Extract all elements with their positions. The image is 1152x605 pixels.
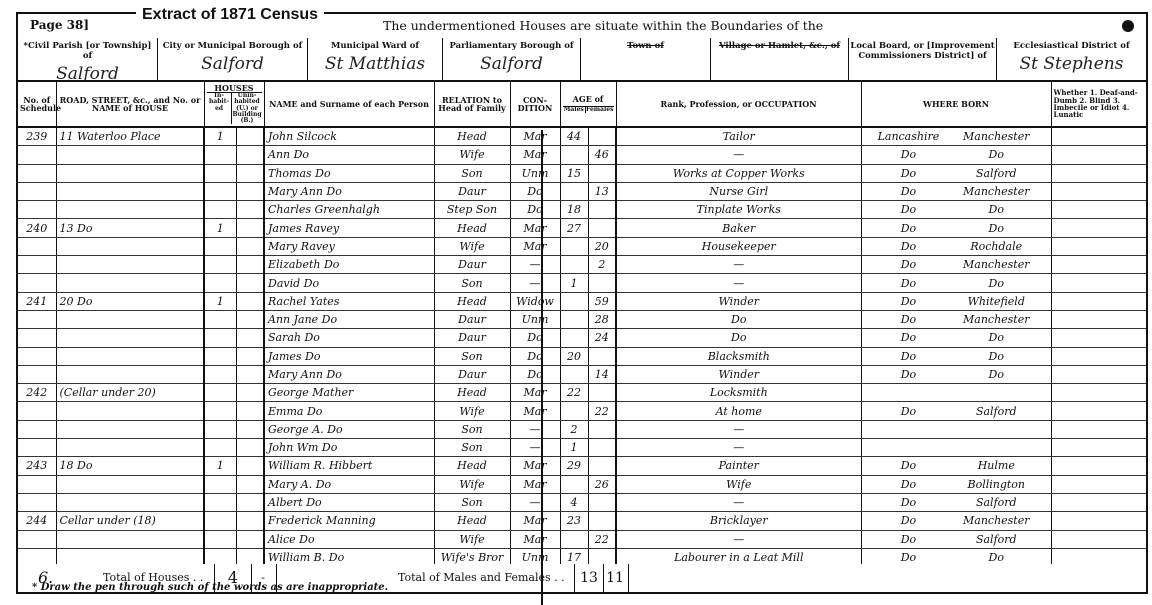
area-field: *Civil Parish [or Township] ofSalford bbox=[18, 38, 158, 80]
born-place: Manchester bbox=[952, 185, 1040, 198]
address-cell: 20 Do bbox=[56, 292, 204, 310]
born-place: Rochdale bbox=[952, 240, 1040, 253]
infirmity-cell bbox=[1051, 329, 1146, 347]
condition-cell: Mar bbox=[510, 457, 560, 475]
area-field-label: Parliamentary Borough of bbox=[443, 38, 580, 51]
inhabited-cell bbox=[204, 201, 236, 219]
male-age-cell: 18 bbox=[560, 201, 588, 219]
area-field: Parliamentary Borough ofSalford bbox=[443, 38, 581, 80]
schedule-cell bbox=[18, 420, 56, 438]
female-age-cell bbox=[588, 457, 616, 475]
inhabited-cell bbox=[204, 365, 236, 383]
born-place: Manchester bbox=[952, 313, 1040, 326]
table-row: 242(Cellar under 20)George MatherHeadMar… bbox=[18, 384, 1146, 402]
occupation-cell: — bbox=[616, 530, 861, 548]
uninhabited-cell bbox=[236, 420, 264, 438]
uninhabited-cell bbox=[236, 493, 264, 511]
schedule-cell bbox=[18, 201, 56, 219]
female-age-cell bbox=[588, 493, 616, 511]
name-cell: Mary Ann Do bbox=[264, 182, 434, 200]
condition-cell: Mar bbox=[510, 530, 560, 548]
relation-cell: Wife bbox=[434, 402, 510, 420]
born-place: Salford bbox=[952, 167, 1040, 180]
schedule-cell bbox=[18, 530, 56, 548]
occupation-cell: — bbox=[616, 274, 861, 292]
inhabited-cell bbox=[204, 530, 236, 548]
table-row: John Wm DoSon—1— bbox=[18, 439, 1146, 457]
where-born-cell: DoDo bbox=[861, 329, 1051, 347]
inhabited-cell bbox=[204, 512, 236, 530]
occupation-cell: Wife bbox=[616, 475, 861, 493]
female-age-cell bbox=[588, 347, 616, 365]
name-cell: James Ravey bbox=[264, 219, 434, 237]
female-age-cell bbox=[588, 127, 616, 146]
born-county: Do bbox=[865, 331, 953, 344]
born-county: Do bbox=[865, 277, 953, 290]
name-cell: George A. Do bbox=[264, 420, 434, 438]
born-place: Do bbox=[952, 331, 1040, 344]
footnote: * Draw the pen through such of the words… bbox=[32, 582, 388, 593]
name-cell: Sarah Do bbox=[264, 329, 434, 347]
occupation-cell: — bbox=[616, 256, 861, 274]
born-county: Do bbox=[865, 405, 953, 418]
address-cell bbox=[56, 146, 204, 164]
address-cell bbox=[56, 530, 204, 548]
table-row: Mary Ann DoDaurDo14WinderDoDo bbox=[18, 365, 1146, 383]
address-cell: 11 Waterloo Place bbox=[56, 127, 204, 146]
name-cell: John Wm Do bbox=[264, 439, 434, 457]
infirmity-cell bbox=[1051, 512, 1146, 530]
name-cell: Mary Ravey bbox=[264, 237, 434, 255]
name-cell: James Do bbox=[264, 347, 434, 365]
schedule-cell bbox=[18, 329, 56, 347]
address-cell bbox=[56, 475, 204, 493]
area-field-value: St Stephens bbox=[997, 54, 1146, 74]
relation-cell: Daur bbox=[434, 256, 510, 274]
uninhabited-cell bbox=[236, 182, 264, 200]
address-cell bbox=[56, 347, 204, 365]
table-row: Sarah DoDaurDo24DoDoDo bbox=[18, 329, 1146, 347]
table-row: 23911 Waterloo Place1John SilcockHeadMar… bbox=[18, 127, 1146, 146]
name-cell: Mary Ann Do bbox=[264, 365, 434, 383]
occupation-cell: Tailor bbox=[616, 127, 861, 146]
where-born-cell: DoDo bbox=[861, 347, 1051, 365]
infirmity-cell bbox=[1051, 310, 1146, 328]
relation-cell: Son bbox=[434, 420, 510, 438]
condition-cell: Unm bbox=[510, 164, 560, 182]
where-born-cell: DoManchester bbox=[861, 310, 1051, 328]
born-county: Do bbox=[865, 185, 953, 198]
male-age-cell: 23 bbox=[560, 512, 588, 530]
infirmity-cell bbox=[1051, 127, 1146, 146]
male-age-cell: 27 bbox=[560, 219, 588, 237]
inhabited-cell bbox=[204, 274, 236, 292]
infirmity-cell bbox=[1051, 347, 1146, 365]
condition-cell: — bbox=[510, 256, 560, 274]
area-field: Local Board, or [Improvement Commissione… bbox=[849, 38, 997, 80]
table-row: Mary RaveyWifeMar20HousekeeperDoRochdale bbox=[18, 237, 1146, 255]
area-field-label: Ecclesiastical District of bbox=[997, 38, 1146, 51]
schedule-cell bbox=[18, 274, 56, 292]
female-age-cell: 14 bbox=[588, 365, 616, 383]
schedule-cell: 241 bbox=[18, 292, 56, 310]
condition-cell: Mar bbox=[510, 237, 560, 255]
where-born-cell: DoManchester bbox=[861, 182, 1051, 200]
where-born-cell: DoHulme bbox=[861, 457, 1051, 475]
occupation-cell: Nurse Girl bbox=[616, 182, 861, 200]
area-field: Ecclesiastical District ofSt Stephens bbox=[997, 38, 1146, 80]
inhabited-cell: 1 bbox=[204, 219, 236, 237]
address-cell bbox=[56, 237, 204, 255]
address-cell bbox=[56, 439, 204, 457]
uninhabited-cell bbox=[236, 237, 264, 255]
female-age-cell bbox=[588, 439, 616, 457]
ink-blot-icon bbox=[1122, 20, 1134, 32]
condition-cell: Mar bbox=[510, 146, 560, 164]
infirmity-cell bbox=[1051, 237, 1146, 255]
uninhabited-cell bbox=[236, 402, 264, 420]
occupation-cell: — bbox=[616, 420, 861, 438]
schedule-cell: 244 bbox=[18, 512, 56, 530]
inhabited-cell bbox=[204, 182, 236, 200]
address-cell bbox=[56, 274, 204, 292]
where-born-cell: DoManchester bbox=[861, 256, 1051, 274]
table-row: Mary Ann DoDaurDo13Nurse GirlDoMancheste… bbox=[18, 182, 1146, 200]
born-county: Do bbox=[865, 167, 953, 180]
infirmity-cell bbox=[1051, 274, 1146, 292]
born-place: Salford bbox=[952, 405, 1040, 418]
relation-cell: Wife bbox=[434, 530, 510, 548]
schedule-cell: 242 bbox=[18, 384, 56, 402]
title-row: Page 38] Extract of 1871 Census The unde… bbox=[16, 12, 1148, 39]
schedule-cell: 243 bbox=[18, 457, 56, 475]
schedule-cell bbox=[18, 164, 56, 182]
inhabited-cell bbox=[204, 164, 236, 182]
occupation-cell: Works at Copper Works bbox=[616, 164, 861, 182]
where-born-cell: DoDo bbox=[861, 201, 1051, 219]
col-uninhabited: Unin-habited (U.) or Building (B.) bbox=[232, 93, 261, 124]
relation-cell: Son bbox=[434, 274, 510, 292]
born-county: Do bbox=[865, 514, 953, 527]
where-born-cell: DoSalford bbox=[861, 164, 1051, 182]
uninhabited-cell bbox=[236, 201, 264, 219]
born-place: Salford bbox=[952, 533, 1040, 546]
infirmity-cell bbox=[1051, 493, 1146, 511]
uninhabited-cell bbox=[236, 347, 264, 365]
condition-cell: Mar bbox=[510, 475, 560, 493]
uninhabited-cell bbox=[236, 274, 264, 292]
infirmity-cell bbox=[1051, 146, 1146, 164]
name-cell: William R. Hibbert bbox=[264, 457, 434, 475]
infirmity-cell bbox=[1051, 365, 1146, 383]
table-row: 24013 Do1James RaveyHeadMar27BakerDoDo bbox=[18, 219, 1146, 237]
relation-cell: Son bbox=[434, 164, 510, 182]
where-born-cell: DoSalford bbox=[861, 530, 1051, 548]
condition-cell: Do bbox=[510, 201, 560, 219]
uninhabited-cell bbox=[236, 457, 264, 475]
born-county: Do bbox=[865, 350, 953, 363]
inhabited-cell bbox=[204, 256, 236, 274]
female-age-cell bbox=[588, 512, 616, 530]
schedule-cell bbox=[18, 439, 56, 457]
age-heading: AGE of bbox=[563, 95, 614, 103]
occupation-cell: Winder bbox=[616, 292, 861, 310]
col-age: AGE of Males Females bbox=[560, 82, 616, 127]
male-age-cell bbox=[560, 402, 588, 420]
census-sheet: Page 38] Extract of 1871 Census The unde… bbox=[16, 12, 1146, 592]
col-houses: HOUSES In-habit-ed Unin-habited (U.) or … bbox=[204, 82, 264, 127]
female-age-cell bbox=[588, 164, 616, 182]
name-cell: Frederick Manning bbox=[264, 512, 434, 530]
name-cell: Thomas Do bbox=[264, 164, 434, 182]
col-females: Females bbox=[586, 107, 613, 113]
relation-cell: Head bbox=[434, 219, 510, 237]
condition-cell: Mar bbox=[510, 219, 560, 237]
male-age-cell bbox=[560, 256, 588, 274]
female-age-cell: 26 bbox=[588, 475, 616, 493]
born-county: Do bbox=[865, 148, 953, 161]
born-place: Do bbox=[952, 222, 1040, 235]
occupation-cell: Baker bbox=[616, 219, 861, 237]
inhabited-cell bbox=[204, 329, 236, 347]
name-cell: Rachel Yates bbox=[264, 292, 434, 310]
female-age-cell bbox=[588, 420, 616, 438]
col-where-born: WHERE BORN bbox=[861, 82, 1051, 127]
relation-cell: Wife bbox=[434, 146, 510, 164]
address-cell bbox=[56, 256, 204, 274]
uninhabited-cell bbox=[236, 512, 264, 530]
name-cell: George Mather bbox=[264, 384, 434, 402]
inhabited-cell bbox=[204, 439, 236, 457]
infirmity-cell bbox=[1051, 182, 1146, 200]
female-age-cell bbox=[588, 219, 616, 237]
relation-cell: Daur bbox=[434, 310, 510, 328]
name-cell: Ann Do bbox=[264, 146, 434, 164]
born-place: Do bbox=[952, 277, 1040, 290]
born-place: Do bbox=[952, 350, 1040, 363]
area-field-label: Municipal Ward of bbox=[308, 38, 442, 51]
born-county: Do bbox=[865, 258, 953, 271]
occupation-cell: Tinplate Works bbox=[616, 201, 861, 219]
occupation-cell: — bbox=[616, 439, 861, 457]
area-fields: *Civil Parish [or Township] ofSalfordCit… bbox=[16, 38, 1148, 82]
col-infirmity: Whether 1. Deaf-and-Dumb 2. Blind 3. Imb… bbox=[1051, 82, 1146, 127]
occupation-cell: — bbox=[616, 146, 861, 164]
where-born-cell bbox=[861, 420, 1051, 438]
address-cell bbox=[56, 201, 204, 219]
condition-cell: — bbox=[510, 439, 560, 457]
table-row: Albert DoSon—4—DoSalford bbox=[18, 493, 1146, 511]
occupation-cell: Do bbox=[616, 329, 861, 347]
where-born-cell: DoRochdale bbox=[861, 237, 1051, 255]
where-born-cell: DoDo bbox=[861, 274, 1051, 292]
name-cell: Alice Do bbox=[264, 530, 434, 548]
col-road: ROAD, STREET, &c., and No. or NAME of HO… bbox=[56, 82, 204, 127]
infirmity-cell bbox=[1051, 201, 1146, 219]
inhabited-cell: 1 bbox=[204, 457, 236, 475]
infirmity-cell bbox=[1051, 475, 1146, 493]
infirmity-cell bbox=[1051, 219, 1146, 237]
table-row: 244Cellar under (18)Frederick ManningHea… bbox=[18, 512, 1146, 530]
table-row: James DoSonDo20BlacksmithDoDo bbox=[18, 347, 1146, 365]
inhabited-cell: 1 bbox=[204, 292, 236, 310]
born-county: Lancashire bbox=[865, 130, 953, 143]
born-place: Manchester bbox=[952, 130, 1040, 143]
inhabited-cell bbox=[204, 420, 236, 438]
table-row: Ann DoWifeMar46—DoDo bbox=[18, 146, 1146, 164]
table-row: Thomas DoSonUnm15Works at Copper WorksDo… bbox=[18, 164, 1146, 182]
male-age-cell bbox=[560, 310, 588, 328]
male-age-cell bbox=[560, 237, 588, 255]
area-field: Village or Hamlet, &c., of bbox=[711, 38, 849, 80]
address-cell bbox=[56, 329, 204, 347]
female-age-cell bbox=[588, 384, 616, 402]
born-county: Do bbox=[865, 459, 953, 472]
table-row: Charles GreenhalghStep SonDo18Tinplate W… bbox=[18, 201, 1146, 219]
area-field-value: Salford bbox=[443, 54, 580, 74]
uninhabited-cell bbox=[236, 310, 264, 328]
col-condition: CON-DITION bbox=[510, 82, 560, 127]
born-county: Do bbox=[865, 295, 953, 308]
female-age-cell: 24 bbox=[588, 329, 616, 347]
address-cell bbox=[56, 420, 204, 438]
where-born-cell: DoWhitefield bbox=[861, 292, 1051, 310]
area-field: Town of bbox=[581, 38, 711, 80]
uninhabited-cell bbox=[236, 384, 264, 402]
area-field-label: Town of bbox=[581, 38, 710, 51]
col-males: Males bbox=[563, 107, 587, 113]
occupation-cell: Winder bbox=[616, 365, 861, 383]
infirmity-cell bbox=[1051, 402, 1146, 420]
male-age-cell: 4 bbox=[560, 493, 588, 511]
male-age-cell: 1 bbox=[560, 439, 588, 457]
born-place: Manchester bbox=[952, 514, 1040, 527]
table-row: George A. DoSon—2— bbox=[18, 420, 1146, 438]
col-occupation: Rank, Profession, or OCCUPATION bbox=[616, 82, 861, 127]
total-males-value: 13 bbox=[574, 564, 604, 592]
total-males-females-label: Total of Males and Females . . bbox=[398, 571, 565, 584]
born-county: Do bbox=[865, 203, 953, 216]
born-place: Do bbox=[952, 551, 1040, 564]
female-age-cell: 59 bbox=[588, 292, 616, 310]
schedule-cell bbox=[18, 493, 56, 511]
address-cell bbox=[56, 402, 204, 420]
schedule-cell: 239 bbox=[18, 127, 56, 146]
relation-cell: Son bbox=[434, 493, 510, 511]
born-county: Do bbox=[865, 222, 953, 235]
where-born-cell: DoBollington bbox=[861, 475, 1051, 493]
condition-cell: Mar bbox=[510, 402, 560, 420]
inhabited-cell bbox=[204, 493, 236, 511]
born-place: Manchester bbox=[952, 258, 1040, 271]
where-born-cell: DoSalford bbox=[861, 402, 1051, 420]
condition-cell: — bbox=[510, 420, 560, 438]
condition-cell: — bbox=[510, 274, 560, 292]
male-age-cell bbox=[560, 292, 588, 310]
name-cell: John Silcock bbox=[264, 127, 434, 146]
address-cell bbox=[56, 493, 204, 511]
occupation-cell: Painter bbox=[616, 457, 861, 475]
male-age-cell bbox=[560, 530, 588, 548]
inhabited-cell bbox=[204, 475, 236, 493]
boundaries-text: The undermentioned Houses are situate wi… bbox=[383, 18, 823, 33]
relation-cell: Step Son bbox=[434, 201, 510, 219]
born-place: Whitefield bbox=[952, 295, 1040, 308]
occupation-cell: Do bbox=[616, 310, 861, 328]
male-age-cell bbox=[560, 365, 588, 383]
col-relation: RELATION to Head of Family bbox=[434, 82, 510, 127]
margin-ink-line bbox=[541, 130, 543, 605]
schedule-cell bbox=[18, 237, 56, 255]
condition-cell: Unm bbox=[510, 310, 560, 328]
relation-cell: Head bbox=[434, 457, 510, 475]
occupation-cell: — bbox=[616, 493, 861, 511]
relation-cell: Head bbox=[434, 292, 510, 310]
condition-cell: Do bbox=[510, 365, 560, 383]
occupation-cell: Housekeeper bbox=[616, 237, 861, 255]
uninhabited-cell bbox=[236, 439, 264, 457]
name-cell: Emma Do bbox=[264, 402, 434, 420]
female-age-cell: 22 bbox=[588, 402, 616, 420]
table-row: 24120 Do1Rachel YatesHeadWidow59WinderDo… bbox=[18, 292, 1146, 310]
female-age-cell: 46 bbox=[588, 146, 616, 164]
uninhabited-cell bbox=[236, 365, 264, 383]
page-number: Page 38] bbox=[30, 18, 89, 32]
male-age-cell: 22 bbox=[560, 384, 588, 402]
col-name: NAME and Surname of each Person bbox=[264, 82, 434, 127]
address-cell: (Cellar under 20) bbox=[56, 384, 204, 402]
where-born-cell: DoDo bbox=[861, 365, 1051, 383]
area-field: Municipal Ward ofSt Matthias bbox=[308, 38, 443, 80]
uninhabited-cell bbox=[236, 256, 264, 274]
female-age-cell: 20 bbox=[588, 237, 616, 255]
born-county: Do bbox=[865, 551, 953, 564]
female-age-cell: 22 bbox=[588, 530, 616, 548]
where-born-cell: DoDo bbox=[861, 146, 1051, 164]
relation-cell: Head bbox=[434, 512, 510, 530]
where-born-cell: DoManchester bbox=[861, 512, 1051, 530]
female-age-cell bbox=[588, 201, 616, 219]
where-born-cell: DoDo bbox=[861, 219, 1051, 237]
uninhabited-cell bbox=[236, 127, 264, 146]
born-place: Salford bbox=[952, 496, 1040, 509]
infirmity-cell bbox=[1051, 420, 1146, 438]
area-field: City or Municipal Borough ofSalford bbox=[158, 38, 308, 80]
born-county: Do bbox=[865, 368, 953, 381]
relation-cell: Head bbox=[434, 384, 510, 402]
born-place: Hulme bbox=[952, 459, 1040, 472]
name-cell: David Do bbox=[264, 274, 434, 292]
address-cell: 13 Do bbox=[56, 219, 204, 237]
uninhabited-cell bbox=[236, 219, 264, 237]
uninhabited-cell bbox=[236, 329, 264, 347]
uninhabited-cell bbox=[236, 530, 264, 548]
address-cell: Cellar under (18) bbox=[56, 512, 204, 530]
born-county: Do bbox=[865, 478, 953, 491]
relation-cell: Daur bbox=[434, 182, 510, 200]
born-place: Do bbox=[952, 203, 1040, 216]
address-cell bbox=[56, 310, 204, 328]
schedule-cell bbox=[18, 347, 56, 365]
area-field-value: St Matthias bbox=[308, 54, 442, 74]
condition-cell: Do bbox=[510, 182, 560, 200]
occupation-cell: Blacksmith bbox=[616, 347, 861, 365]
name-cell: Albert Do bbox=[264, 493, 434, 511]
inhabited-cell bbox=[204, 402, 236, 420]
relation-cell: Son bbox=[434, 347, 510, 365]
male-age-cell bbox=[560, 475, 588, 493]
born-county: Do bbox=[865, 313, 953, 326]
